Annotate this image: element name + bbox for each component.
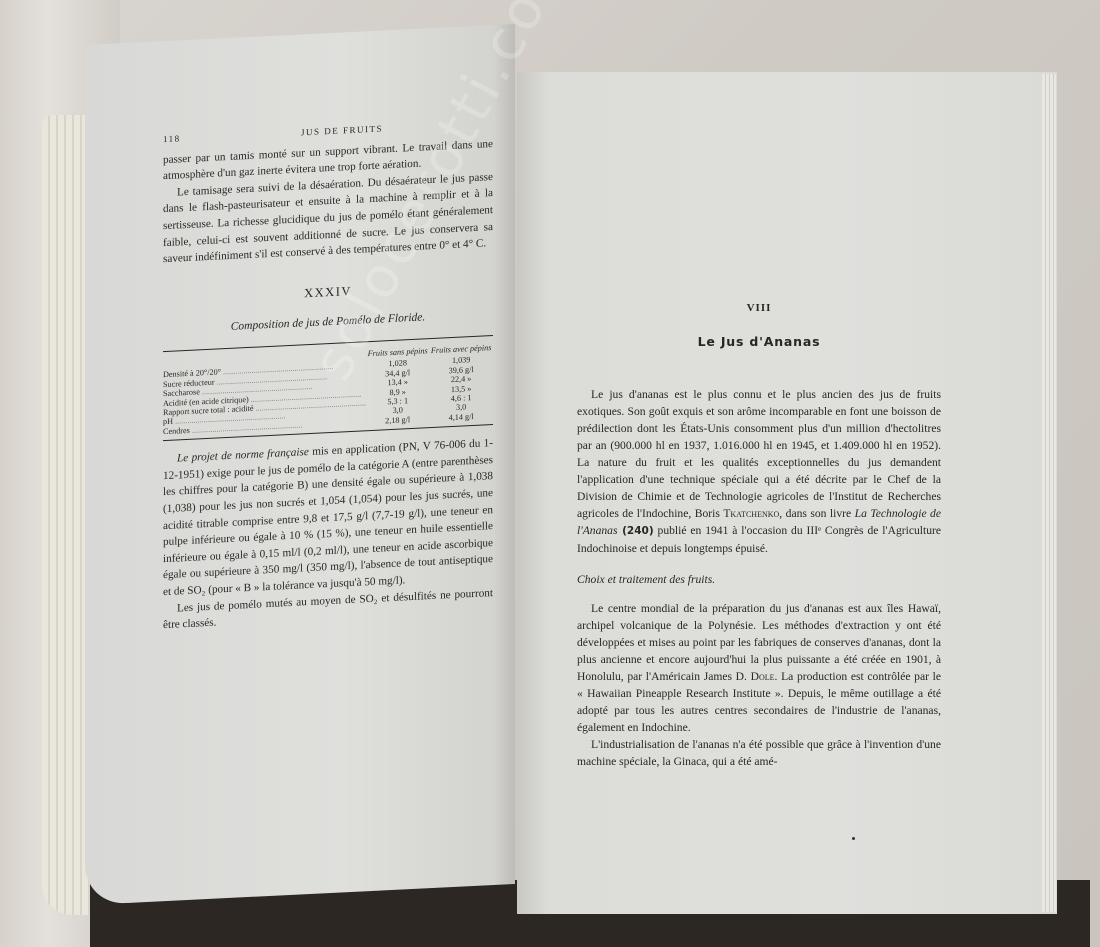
cell: 2,18 g/l: [366, 414, 429, 426]
page-stack-left: [42, 115, 90, 915]
table-caption: Composition de jus de Pomélo de Floride.: [163, 306, 493, 339]
right-page: VIII Le Jus d'Ananas Le jus d'ananas est…: [517, 72, 1057, 914]
table-number: XXXIV: [163, 276, 493, 309]
paragraph: Le centre mondial de la préparation du j…: [577, 600, 941, 736]
running-head-title: JUS DE FRUITS: [301, 120, 383, 141]
paragraph: Le tamisage sera suivi de la désaération…: [163, 169, 493, 268]
chapter-number: VIII: [577, 300, 941, 317]
author-name: Tkatchenko: [723, 507, 779, 520]
left-page-content: 118 JUS DE FRUITS passer par un tamis mo…: [163, 115, 493, 634]
text: , dans son livre: [779, 507, 854, 520]
page-stack-right: [1042, 74, 1056, 912]
norm-lead: Le projet de norme française: [177, 446, 309, 464]
norm-paragraph: Le projet de norme française mis en appl…: [163, 435, 493, 600]
composition-table: Fruits sans pépins Fruits avec pépins De…: [163, 342, 493, 436]
reference-number: (240): [617, 525, 653, 537]
chapter-title: Le Jus d'Ananas: [577, 333, 941, 350]
section-heading: Choix et traitement des fruits.: [577, 571, 941, 588]
text: Le jus d'ananas est le plus connu et le …: [577, 388, 941, 520]
ink-dot: [852, 837, 855, 840]
page-number: 118: [163, 130, 181, 147]
left-page: 118 JUS DE FRUITS passer par un tamis mo…: [85, 24, 515, 905]
paragraph: L'industrialisation de l'ananas n'a été …: [577, 736, 941, 770]
intro-paragraph: Le jus d'ananas est le plus connu et le …: [577, 386, 941, 557]
right-page-content: VIII Le Jus d'Ananas Le jus d'ananas est…: [577, 300, 941, 770]
person-name: Dole: [751, 670, 775, 683]
cell: 4,14 g/l: [429, 411, 493, 424]
